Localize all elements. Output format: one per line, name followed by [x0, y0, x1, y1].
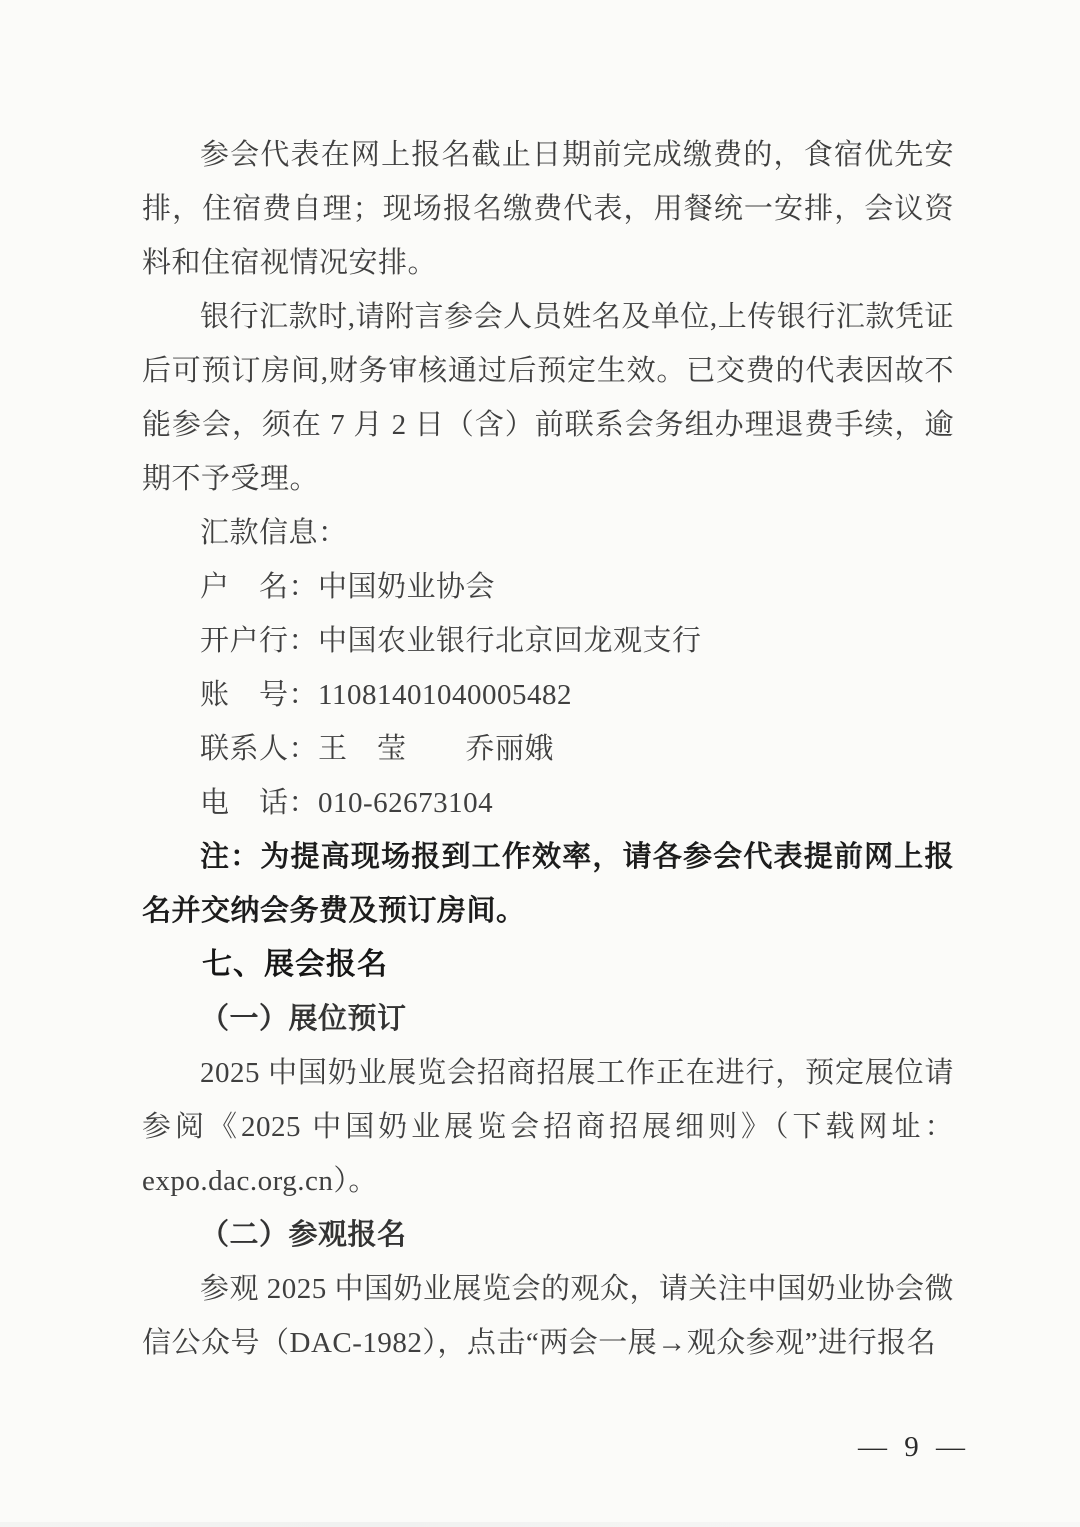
- document-body: 参会代表在网上报名截止日期前完成缴费的，食宿优先安排，住宿费自理；现场报名缴费代…: [142, 128, 954, 1370]
- remittance-field-value: 王 莹 乔丽娥: [318, 733, 554, 765]
- subsection-1-heading: （一）展位预订: [142, 992, 954, 1046]
- remittance-field-value: 11081401040005482: [318, 679, 572, 711]
- remittance-field-value: 010-62673104: [318, 787, 493, 819]
- remittance-field-phone: 电 话：010-62673104: [142, 776, 954, 830]
- note-paragraph: 注：为提高现场报到工作效率，请各参会代表提前网上报名并交纳会务费及预订房间。: [142, 830, 954, 938]
- remittance-field-value: 中国农业银行北京回龙观支行: [318, 625, 702, 657]
- remittance-field-account-number: 账 号：11081401040005482: [142, 668, 954, 722]
- remittance-field-label: 开户行：: [200, 625, 318, 657]
- document-page: 参会代表在网上报名截止日期前完成缴费的，食宿优先安排，住宿费自理；现场报名缴费代…: [0, 0, 1080, 1527]
- scan-edge-artifact: [0, 1522, 1080, 1527]
- remittance-field-label: 电 话：: [200, 787, 318, 819]
- remittance-field-contacts: 联系人：王 莹 乔丽娥: [142, 722, 954, 776]
- paragraph-bank-remittance: 银行汇款时,请附言参会人员姓名及单位,上传银行汇款凭证后可预订房间,财务审核通过…: [142, 290, 954, 506]
- remittance-field-value: 中国奶业协会: [318, 571, 495, 603]
- remittance-field-label: 户 名：: [200, 571, 318, 603]
- section-7-heading: 七、展会报名: [142, 938, 954, 992]
- paragraph-fee-arrangement: 参会代表在网上报名截止日期前完成缴费的，食宿优先安排，住宿费自理；现场报名缴费代…: [142, 128, 954, 290]
- remittance-field-bank-branch: 开户行：中国农业银行北京回龙观支行: [142, 614, 954, 668]
- remittance-info-heading: 汇款信息：: [142, 506, 954, 560]
- page-number: — 9 —: [858, 1431, 966, 1464]
- remittance-field-label: 联系人：: [200, 733, 318, 765]
- remittance-field-label: 账 号：: [200, 679, 318, 711]
- subsection-2-heading: （二）参观报名: [142, 1208, 954, 1262]
- paragraph-visitor-registration: 参观 2025 中国奶业展览会的观众，请关注中国奶业协会微信公众号（DAC-19…: [142, 1262, 954, 1370]
- paragraph-booth-booking: 2025 中国奶业展览会招商招展工作正在进行，预定展位请参阅《2025 中国奶业…: [142, 1046, 954, 1208]
- remittance-field-account-name: 户 名：中国奶业协会: [142, 560, 954, 614]
